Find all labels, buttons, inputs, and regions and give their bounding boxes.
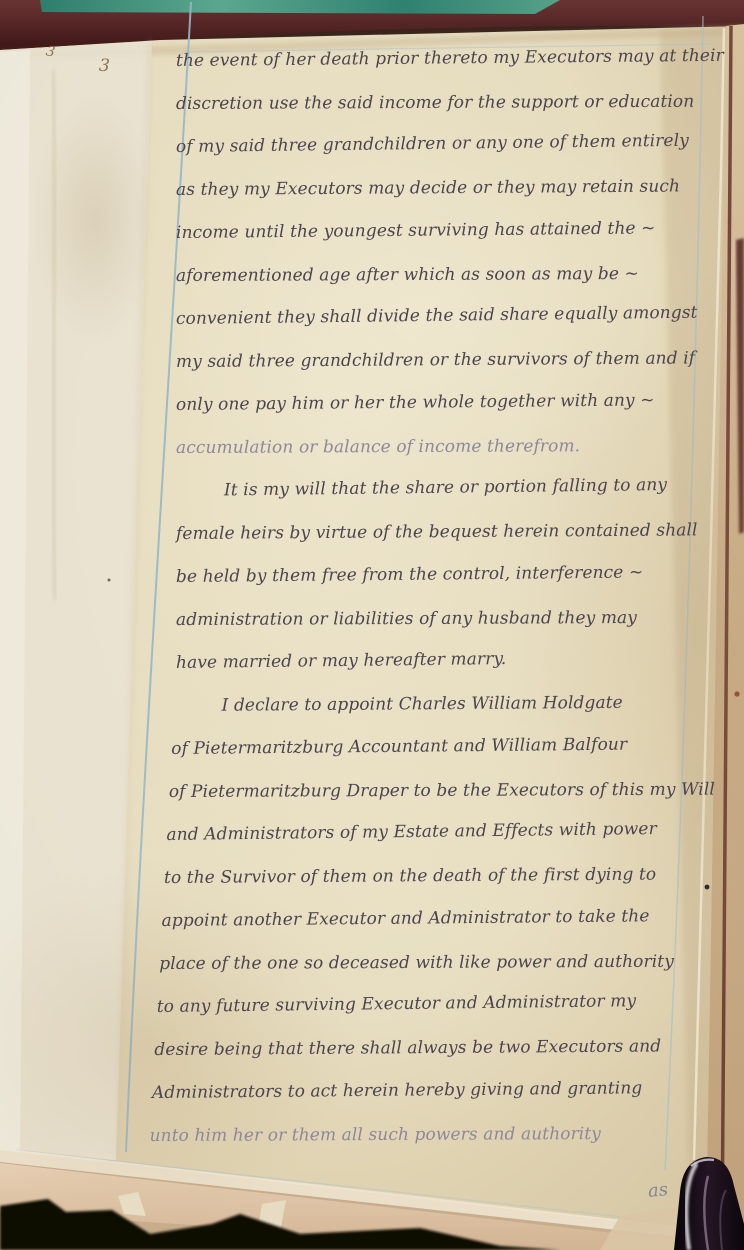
ink-blot-mark: 3 (98, 56, 110, 77)
ink-speck-small (108, 579, 111, 582)
photographed-manuscript: 3 3 the event of her death prior thereto… (0, 0, 744, 1250)
manuscript-line: It is my will that the share or portion … (176, 463, 728, 513)
manuscript-line: female heirs by virtue of the bequest he… (176, 509, 728, 556)
manuscript-line: and Administrators of my Estate and Effe… (166, 807, 718, 857)
manuscript-line: aforementioned age after which as soon a… (176, 253, 728, 298)
manuscript-line: my said three grandchildren or the survi… (176, 337, 728, 384)
manuscript-line: administration or liabilities of any hus… (176, 597, 728, 642)
red-speck (734, 691, 739, 696)
manuscript-line: convenient they shall divide the said sh… (176, 291, 728, 341)
manuscript-line: have married or may hereafter marry. (176, 635, 728, 685)
paper-crease (52, 70, 56, 600)
manuscript-line: unto him her or them all such powers and… (150, 1113, 702, 1158)
manuscript-line: I declare to appoint Charles William Hol… (173, 681, 725, 728)
manuscript-line: of Pietermaritzburg Accountant and Willi… (171, 723, 723, 771)
manuscript-text: the event of her death prior thereto my … (176, 40, 728, 1158)
manuscript-line: Administrators to act herein hereby givi… (152, 1067, 704, 1115)
manuscript-line: income until the youngest surviving has … (176, 207, 728, 255)
catchword: as (647, 1179, 669, 1202)
manuscript-line: of Pietermaritzburg Draper to be the Exe… (169, 769, 721, 814)
manuscript-line: accumulation or balance of income theref… (176, 425, 728, 470)
manuscript-line: of my said three grandchildren or any on… (176, 119, 728, 169)
manuscript-line: discretion use the said income for the s… (176, 81, 728, 126)
manuscript-line: the event of her death prior thereto my … (176, 35, 728, 83)
manuscript-line: desire being that there shall always be … (154, 1025, 706, 1072)
manuscript-line: only one pay him or her the whole togeth… (176, 379, 728, 427)
manuscript-line: to any future surviving Executor and Adm… (157, 979, 709, 1029)
manuscript-line: place of the one so deceased with like p… (159, 941, 711, 986)
manuscript-line: appoint another Executor and Administrat… (161, 895, 713, 943)
manuscript-line: as they my Executors may decide or they … (176, 165, 728, 212)
manuscript-line: to the Survivor of them on the death of … (164, 853, 716, 900)
manuscript-line: be held by them free from the control, i… (176, 551, 728, 599)
